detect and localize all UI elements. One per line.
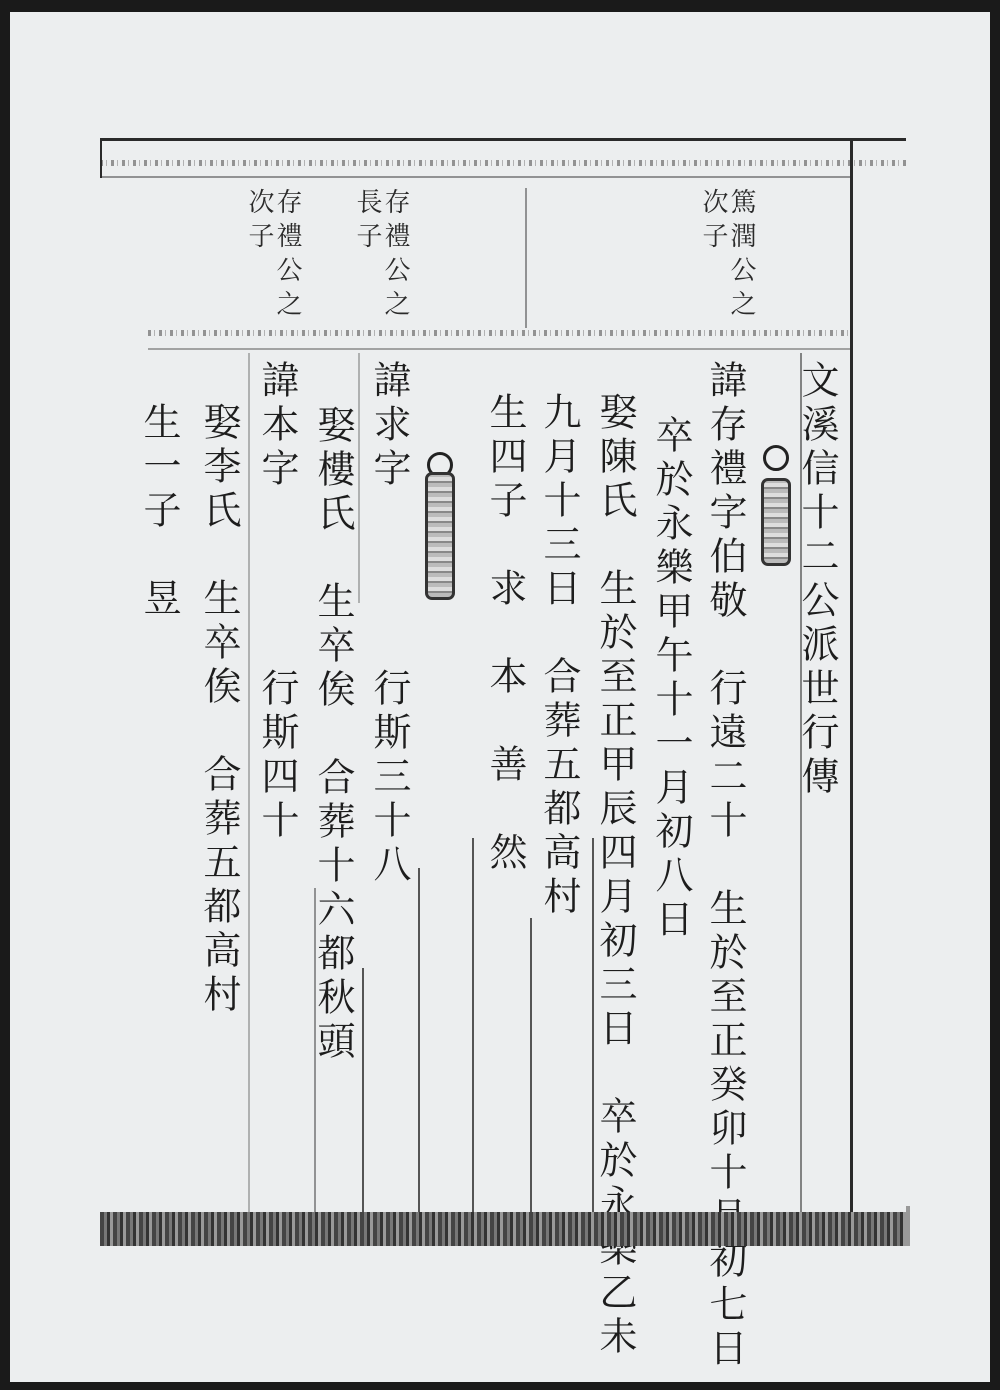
column-divider [358, 353, 360, 603]
text-column: 諱求字 行斯三十八 [370, 360, 408, 888]
header-note: 次子 [700, 188, 726, 256]
text-column: 生四子 求 本 善 然 [486, 392, 524, 876]
section-marker-circle [763, 445, 789, 471]
header-divider [525, 188, 527, 328]
header-note: 長子 [354, 188, 380, 256]
header-note: 存禮公之 [382, 188, 408, 324]
text-column: 娶樓氏 生卒俟 合葬十六都秋頭 [314, 405, 352, 1065]
column-divider [530, 918, 532, 1218]
document-title: 文溪信十二公派世行傳 [798, 360, 836, 800]
frame-right-rule [850, 138, 853, 1218]
column-divider [248, 353, 250, 1213]
text-column: 諱本字 行斯四十 [258, 360, 296, 844]
frame-top-rule [100, 138, 906, 141]
header-note: 存禮公之 [274, 188, 300, 324]
frame-top-band [100, 160, 906, 166]
column-divider [362, 968, 364, 1218]
header-separator-lower [148, 348, 850, 350]
frame-right-tab [906, 1206, 910, 1246]
header-note: 次子 [246, 188, 272, 256]
seal-stamp [425, 472, 455, 600]
header-separator [148, 330, 850, 336]
text-column: 九月十三日 合葬五都高村 [540, 392, 578, 920]
text-column: 卒於永樂甲午十一月初八日 [652, 415, 690, 943]
frame-left-rule [100, 138, 102, 178]
seal-stamp [761, 478, 791, 566]
frame-top-inner-rule [100, 176, 850, 178]
text-column: 生一子 昱 [140, 402, 178, 622]
text-column: 娶李氏 生卒俟 合葬五都高村 [200, 402, 238, 1018]
column-divider [472, 838, 474, 1218]
header-note: 篤潤公之 [728, 188, 754, 324]
frame-bottom-band [100, 1212, 906, 1246]
column-divider [418, 868, 420, 1218]
